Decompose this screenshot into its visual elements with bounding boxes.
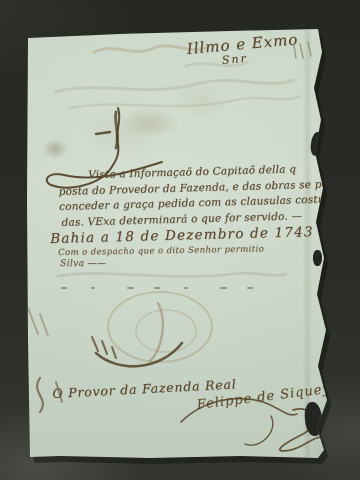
margin-marks: [10, 300, 80, 425]
photo-background: Illmo e Exmo Snr Vista a Informaçaõ do C…: [0, 0, 360, 480]
torn-edge-spot: [313, 250, 322, 266]
manuscript-page: Illmo e Exmo Snr Vista a Informaçaõ do C…: [0, 0, 360, 480]
letter-body: Vista a Informaçaõ do Capitaõ della q po…: [58, 162, 343, 232]
verso-flourish: [88, 283, 238, 388]
docket-line: Com o despacho que o dito Senhor permiti…: [58, 244, 264, 258]
